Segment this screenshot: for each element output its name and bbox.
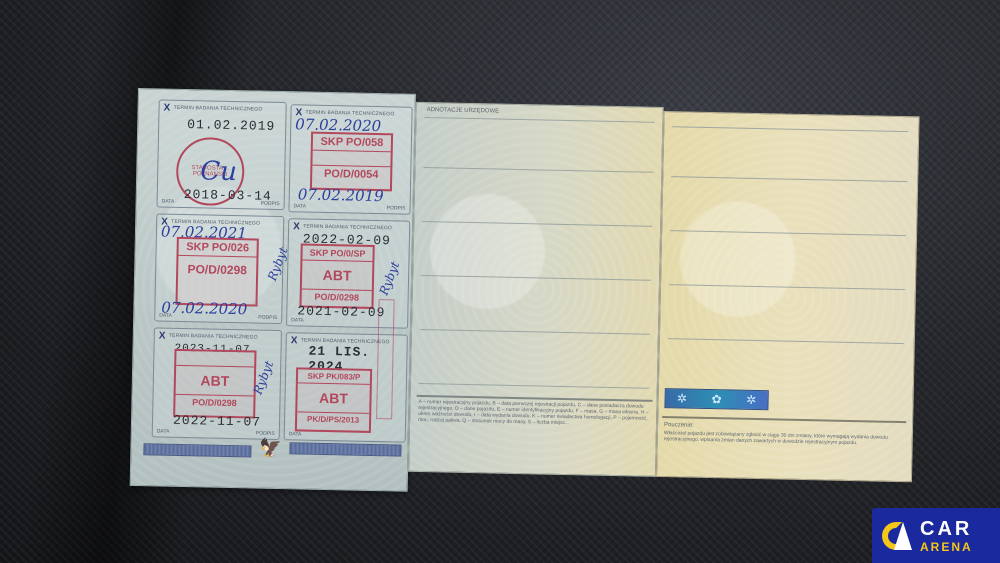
hologram-emblem-icon: ✲ [665,389,698,408]
car-arena-logo-icon [882,520,912,552]
annotations-header: ADNOTACJE URZĘDOWE [427,107,500,115]
inspection-station-stamp: SKP PO/0/SP ABT PO/D/0298 [299,243,374,309]
inspection-date: 2021-02-09 [297,303,385,320]
signature-label: PODPIS [258,315,277,321]
notice-text: Właściciel pojazdu jest zobowiązany zgło… [664,430,894,447]
cell-mark: X [159,330,166,341]
hologram-emblem-icon: ✿ [700,390,733,409]
security-band-right [289,442,401,456]
signature-label: PODPIS [256,431,275,437]
inspection-date: 2022-11-07 [173,413,261,430]
hologram-strip: ✲ ✿ ✲ [664,388,768,410]
date-label: DATA [162,199,175,205]
handwritten-signature: Cu [200,156,237,187]
car-arena-watermark: CAR ARENA [872,508,1000,563]
cell-header: TERMIN BADANIA TECHNICZNEGO [303,223,392,231]
handwritten-signature: Rybyt [377,260,403,298]
date-label: DATA [157,428,170,434]
cell-header: TERMIN BADANIA TECHNICZNEGO [174,105,263,113]
date-label: DATA [293,203,306,209]
inspection-cell: X TERMIN BADANIA TECHNICZNEGO 01.02.2019… [157,99,287,210]
inspection-cell: X TERMIN BADANIA TECHNICZNEGO 2023-11-07… [152,327,282,440]
registration-document: X TERMIN BADANIA TECHNICZNEGO 01.02.2019… [130,88,922,502]
inspection-date: 2018-03-14 [184,187,272,204]
date-label: DATA [291,317,304,323]
inspection-station-stamp: SKP PO/058 PO/D/0054 [310,132,393,192]
inspection-station-stamp: SKP PK/083/P ABT PK/D/PS/2013 [295,367,372,433]
vertical-stamp [376,299,395,419]
inspection-cell: X TERMIN BADANIA TECHNICZNEGO 07.02.2021… [154,213,284,324]
inspection-cell: X TERMIN BADANIA TECHNICZNEGO 07.02.2020… [288,104,412,215]
date-label: DATA [289,431,302,437]
eagle-emblem-icon: 🦅 [259,438,282,459]
notice-title: Pouczenie: [664,422,694,429]
inspection-page: X TERMIN BADANIA TECHNICZNEGO 01.02.2019… [130,88,416,492]
notice-page: ✲ ✿ ✲ Pouczenie: Właściciel pojazdu jest… [656,111,920,482]
field-legend-text: A – numer rejestracyjny pojazdu, B – dat… [418,399,650,428]
signature-label: PODPIS [387,205,406,211]
cell-mark: X [163,103,170,114]
inspection-date: 07.02.2020 [161,299,247,319]
next-inspection-date: 01.02.2019 [187,117,275,134]
hologram-emblem-icon: ✲ [735,391,768,410]
official-annotations-page: ADNOTACJE URZĘDOWE A – numer rejestracyj… [408,102,664,477]
cell-mark: X [291,335,298,346]
security-band-left [143,443,251,457]
logo-text-arena: ARENA [920,541,973,553]
date-label: DATA [159,312,172,318]
inspection-date: 07.02.2019 [298,185,384,205]
cell-mark: X [293,221,300,232]
inspection-station-stamp: SKP PO/170/P ABT PO/D/0298 [173,349,256,419]
inspection-station-stamp: SKP PO/026 PO/D/0298 [175,237,258,307]
signature-label: PODPIS [261,201,280,207]
cell-header: TERMIN BADANIA TECHNICZNEGO [169,333,258,341]
logo-text-car: CAR [920,519,973,539]
